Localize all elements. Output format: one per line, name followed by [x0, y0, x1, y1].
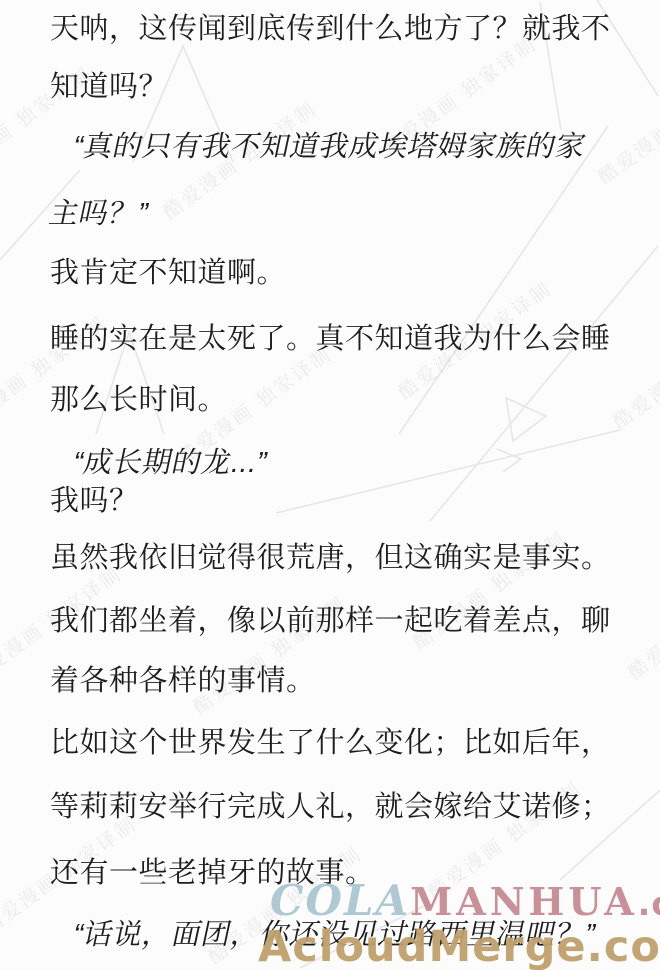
paragraph-line: 天呐，这传闻到底传到什么地方了？就我不 — [50, 12, 611, 46]
novel-reader-page: 酷爱漫画 独家译制 酷爱漫画 独家译制 酷爱漫画 独家译制 酷爱漫画 独家译制 … — [0, 0, 660, 970]
paragraph-line-quote: 主吗？” — [46, 197, 152, 231]
paragraph-line: 我们都坐着，像以前那样一起吃着差点，聊 — [50, 604, 611, 638]
paragraph-line-quote: “话说，面团，你还没见过路西里温吧？” — [70, 918, 599, 952]
diagonal-watermark: 酷爱漫画 独家译制 — [607, 304, 660, 434]
paragraph-line: 我肯定不知道啊。 — [50, 256, 286, 290]
diagonal-watermark: 酷爱漫画 独家译制 — [622, 554, 660, 684]
paragraph-line: 比如这个世界发生了什么变化；比如后年， — [50, 726, 611, 760]
paragraph-line: 等莉莉安举行完成人礼，就会嫁给艾诺修； — [50, 790, 611, 824]
paragraph-line: 我吗？ — [50, 484, 139, 518]
paragraph-line: 虽然我依旧觉得很荒唐，但这确实是事实。 — [50, 541, 611, 575]
site-watermark-dotcom-text: .com — [638, 884, 660, 923]
paragraph-line: 还有一些老掉牙的故事。 — [50, 856, 375, 890]
paragraph-line-quote: “成长期的龙...” — [70, 446, 271, 480]
paragraph-line-quote: “真的只有我不知道我成埃塔姆家族的家 — [70, 130, 589, 164]
paragraph-line: 着各种各样的事情。 — [50, 664, 316, 698]
paragraph-line: 那么长时间。 — [50, 383, 227, 417]
paragraph-line: 知道吗？ — [50, 70, 168, 104]
diagonal-watermark: 酷爱漫画 独家译制 — [592, 59, 660, 189]
paragraph-line: 睡的实在是太死了。真不知道我为什么会睡 — [50, 322, 611, 356]
